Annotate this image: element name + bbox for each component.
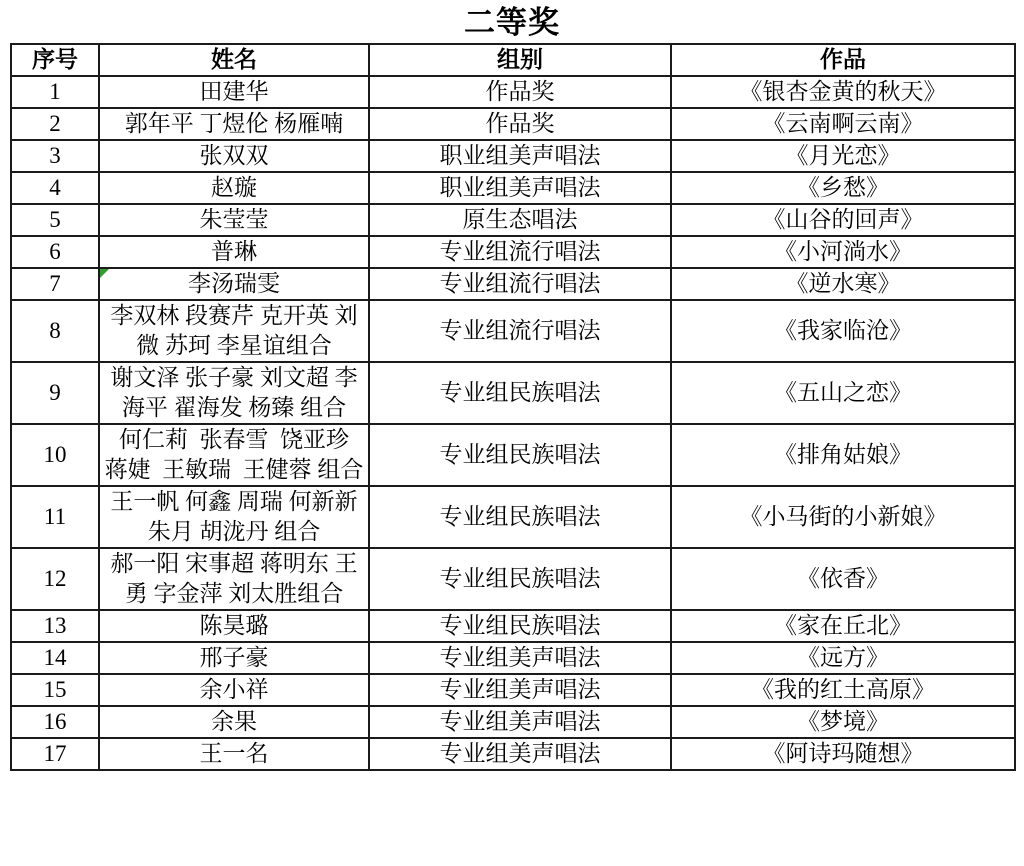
table-row: 13陈昊璐专业组民族唱法《家在丘北》 bbox=[11, 610, 1015, 642]
cell-name: 王一帆 何鑫 周瑞 何新新 朱月 胡泷丹 组合 bbox=[99, 486, 369, 548]
cell-work: 《小马街的小新娘》 bbox=[671, 486, 1015, 548]
cell-work: 《乡愁》 bbox=[671, 172, 1015, 204]
cell-group: 专业组民族唱法 bbox=[369, 548, 671, 610]
cell-group: 专业组民族唱法 bbox=[369, 424, 671, 486]
table-row: 7李汤瑞雯专业组流行唱法《逆水寒》 bbox=[11, 268, 1015, 300]
cell-num: 6 bbox=[11, 236, 99, 268]
table-row: 15余小祥专业组美声唱法《我的红土高原》 bbox=[11, 674, 1015, 706]
page: 二等奖 序号姓名组别作品 1田建华作品奖《银杏金黄的秋天》2郭年平 丁煜伦 杨雁… bbox=[0, 6, 1024, 866]
cell-group: 职业组美声唱法 bbox=[369, 172, 671, 204]
table-row: 9谢文泽 张子豪 刘文超 李海平 翟海发 杨臻 组合专业组民族唱法《五山之恋》 bbox=[11, 362, 1015, 424]
cell-group: 作品奖 bbox=[369, 108, 671, 140]
cell-group: 专业组美声唱法 bbox=[369, 706, 671, 738]
cell-group: 专业组流行唱法 bbox=[369, 300, 671, 362]
cell-work: 《梦境》 bbox=[671, 706, 1015, 738]
table-row: 5朱莹莹原生态唱法《山谷的回声》 bbox=[11, 204, 1015, 236]
cell-group: 专业组美声唱法 bbox=[369, 674, 671, 706]
cell-num: 16 bbox=[11, 706, 99, 738]
cell-num: 3 bbox=[11, 140, 99, 172]
cell-name: 李汤瑞雯 bbox=[99, 268, 369, 300]
table-row: 10何仁莉 张春雪 饶亚珍 蒋婕 王敏瑞 王健蓉 组合专业组民族唱法《排角姑娘》 bbox=[11, 424, 1015, 486]
column-header-work: 作品 bbox=[671, 44, 1015, 76]
cell-work: 《五山之恋》 bbox=[671, 362, 1015, 424]
cell-work: 《逆水寒》 bbox=[671, 268, 1015, 300]
cell-name: 陈昊璐 bbox=[99, 610, 369, 642]
cell-work: 《银杏金黄的秋天》 bbox=[671, 76, 1015, 108]
cell-work: 《我家临沧》 bbox=[671, 300, 1015, 362]
cell-num: 14 bbox=[11, 642, 99, 674]
cell-work: 《我的红土高原》 bbox=[671, 674, 1015, 706]
cell-group: 专业组美声唱法 bbox=[369, 738, 671, 770]
cell-name: 余小祥 bbox=[99, 674, 369, 706]
table-row: 1田建华作品奖《银杏金黄的秋天》 bbox=[11, 76, 1015, 108]
cell-num: 1 bbox=[11, 76, 99, 108]
table-row: 12郝一阳 宋事超 蒋明东 王勇 字金萍 刘太胜组合专业组民族唱法《依香》 bbox=[11, 548, 1015, 610]
table-row: 14邢子豪专业组美声唱法《远方》 bbox=[11, 642, 1015, 674]
cell-group: 专业组流行唱法 bbox=[369, 268, 671, 300]
cell-name: 张双双 bbox=[99, 140, 369, 172]
cell-group: 专业组美声唱法 bbox=[369, 642, 671, 674]
cell-name: 余果 bbox=[99, 706, 369, 738]
cell-num: 4 bbox=[11, 172, 99, 204]
cell-group: 专业组民族唱法 bbox=[369, 610, 671, 642]
cell-group: 作品奖 bbox=[369, 76, 671, 108]
column-header-name: 姓名 bbox=[99, 44, 369, 76]
table-row: 11王一帆 何鑫 周瑞 何新新 朱月 胡泷丹 组合专业组民族唱法《小马街的小新娘… bbox=[11, 486, 1015, 548]
table-row: 2郭年平 丁煜伦 杨雁喃作品奖《云南啊云南》 bbox=[11, 108, 1015, 140]
comment-marker-icon bbox=[100, 269, 109, 278]
cell-num: 13 bbox=[11, 610, 99, 642]
table-row: 6普琳专业组流行唱法《小河淌水》 bbox=[11, 236, 1015, 268]
cell-work: 《月光恋》 bbox=[671, 140, 1015, 172]
cell-num: 2 bbox=[11, 108, 99, 140]
table-row: 17王一名专业组美声唱法《阿诗玛随想》 bbox=[11, 738, 1015, 770]
cell-name: 何仁莉 张春雪 饶亚珍 蒋婕 王敏瑞 王健蓉 组合 bbox=[99, 424, 369, 486]
cell-work: 《远方》 bbox=[671, 642, 1015, 674]
cell-name: 田建华 bbox=[99, 76, 369, 108]
table-row: 16余果专业组美声唱法《梦境》 bbox=[11, 706, 1015, 738]
cell-num: 10 bbox=[11, 424, 99, 486]
cell-work: 《排角姑娘》 bbox=[671, 424, 1015, 486]
cell-num: 17 bbox=[11, 738, 99, 770]
cell-group: 原生态唱法 bbox=[369, 204, 671, 236]
cell-work: 《云南啊云南》 bbox=[671, 108, 1015, 140]
cell-name: 郝一阳 宋事超 蒋明东 王勇 字金萍 刘太胜组合 bbox=[99, 548, 369, 610]
cell-num: 7 bbox=[11, 268, 99, 300]
awards-table: 序号姓名组别作品 1田建华作品奖《银杏金黄的秋天》2郭年平 丁煜伦 杨雁喃作品奖… bbox=[10, 43, 1016, 771]
table-row: 4赵璇职业组美声唱法《乡愁》 bbox=[11, 172, 1015, 204]
cell-work: 《小河淌水》 bbox=[671, 236, 1015, 268]
cell-group: 职业组美声唱法 bbox=[369, 140, 671, 172]
cell-work: 《家在丘北》 bbox=[671, 610, 1015, 642]
cell-name: 李双林 段赛芹 克开英 刘微 苏珂 李星谊组合 bbox=[99, 300, 369, 362]
cell-name: 朱莹莹 bbox=[99, 204, 369, 236]
column-header-num: 序号 bbox=[11, 44, 99, 76]
cell-work: 《依香》 bbox=[671, 548, 1015, 610]
page-title: 二等奖 bbox=[0, 6, 1024, 40]
cell-group: 专业组流行唱法 bbox=[369, 236, 671, 268]
cell-num: 5 bbox=[11, 204, 99, 236]
cell-name: 赵璇 bbox=[99, 172, 369, 204]
table-row: 3张双双职业组美声唱法《月光恋》 bbox=[11, 140, 1015, 172]
table-row: 8李双林 段赛芹 克开英 刘微 苏珂 李星谊组合专业组流行唱法《我家临沧》 bbox=[11, 300, 1015, 362]
cell-name: 邢子豪 bbox=[99, 642, 369, 674]
cell-name: 谢文泽 张子豪 刘文超 李海平 翟海发 杨臻 组合 bbox=[99, 362, 369, 424]
cell-name: 郭年平 丁煜伦 杨雁喃 bbox=[99, 108, 369, 140]
column-header-group: 组别 bbox=[369, 44, 671, 76]
cell-num: 9 bbox=[11, 362, 99, 424]
cell-name: 普琳 bbox=[99, 236, 369, 268]
cell-num: 8 bbox=[11, 300, 99, 362]
header-row: 序号姓名组别作品 bbox=[11, 44, 1015, 76]
cell-name: 王一名 bbox=[99, 738, 369, 770]
cell-group: 专业组民族唱法 bbox=[369, 486, 671, 548]
cell-num: 11 bbox=[11, 486, 99, 548]
cell-work: 《山谷的回声》 bbox=[671, 204, 1015, 236]
cell-num: 15 bbox=[11, 674, 99, 706]
cell-group: 专业组民族唱法 bbox=[369, 362, 671, 424]
cell-work: 《阿诗玛随想》 bbox=[671, 738, 1015, 770]
cell-num: 12 bbox=[11, 548, 99, 610]
